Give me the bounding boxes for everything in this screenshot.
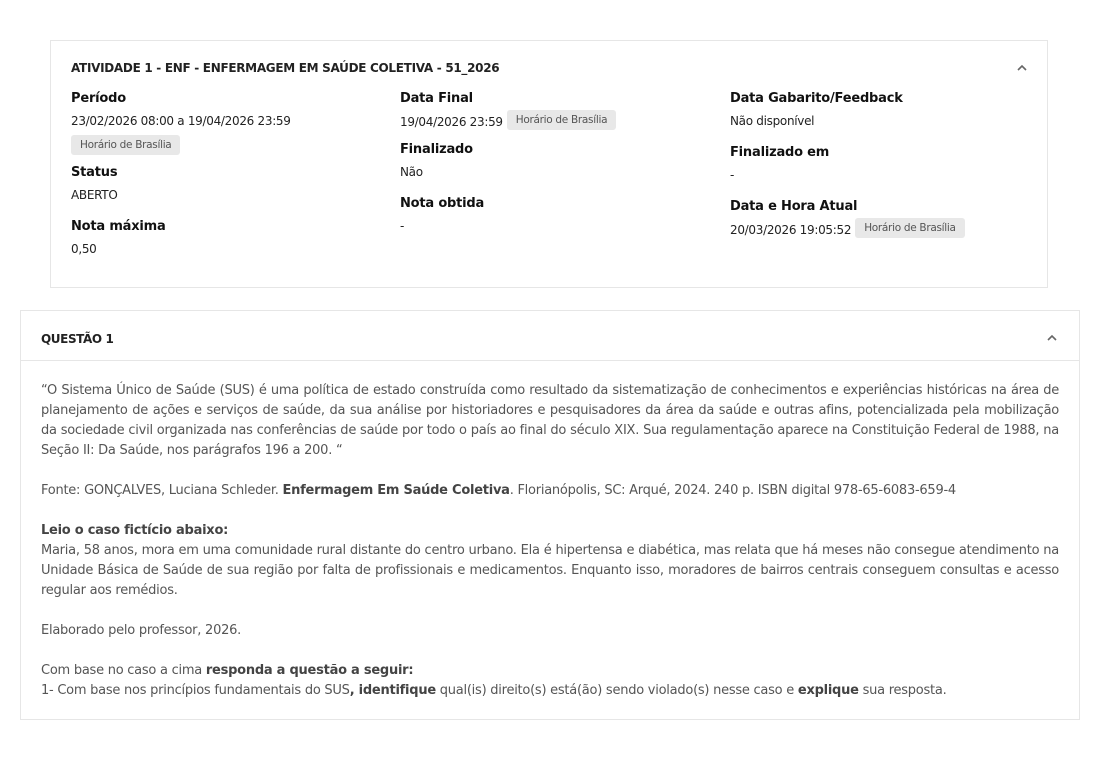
finalizado-label: Finalizado	[400, 142, 720, 158]
chevron-up-icon[interactable]	[1045, 333, 1059, 343]
question-body: “O Sistema Único de Saúde (SUS) é uma po…	[21, 361, 1079, 701]
status-label: Status	[71, 165, 391, 181]
question-card: QUESTÃO 1 “O Sistema Único de Saúde (SUS…	[20, 310, 1080, 720]
timezone-badge: Horário de Brasília	[855, 218, 964, 238]
info-column-2: Data Final 19/04/2026 23:59 Horário de B…	[400, 91, 720, 248]
field-data-gabarito: Data Gabarito/Feedback Não disponível	[730, 91, 1050, 129]
periodo-label: Período	[71, 91, 391, 107]
data-final-value: 19/04/2026 23:59	[400, 114, 503, 130]
data-gabarito-value: Não disponível	[730, 113, 814, 129]
field-periodo: Período 23/02/2026 08:00 a 19/04/2026 23…	[71, 91, 391, 155]
case-text: Maria, 58 anos, mora em uma comunidade r…	[41, 541, 1059, 601]
data-hora-atual-value: 20/03/2026 19:05:52	[730, 222, 851, 238]
question-item: 1- Com base nos princípios fundamentais …	[41, 681, 1059, 701]
field-data-hora-atual: Data e Hora Atual 20/03/2026 19:05:52 Ho…	[730, 199, 1050, 238]
data-gabarito-label: Data Gabarito/Feedback	[730, 91, 1050, 107]
question-title: QUESTÃO 1	[41, 332, 113, 346]
timezone-badge: Horário de Brasília	[71, 135, 180, 155]
question-quote: “O Sistema Único de Saúde (SUS) é uma po…	[41, 381, 1059, 461]
info-column-1: Período 23/02/2026 08:00 a 19/04/2026 23…	[71, 91, 391, 271]
question-source: Fonte: GONÇALVES, Luciana Schleder. Enfe…	[41, 481, 1059, 501]
activity-title: ATIVIDADE 1 - ENF - ENFERMAGEM EM SAÚDE …	[71, 61, 499, 75]
question-prompt: Com base no caso a cima responda a quest…	[41, 661, 1059, 681]
source-title: Enfermagem Em Saúde Coletiva	[283, 483, 510, 498]
data-hora-atual-label: Data e Hora Atual	[730, 199, 1050, 215]
nota-obtida-value: -	[400, 218, 404, 234]
nota-obtida-label: Nota obtida	[400, 196, 720, 212]
periodo-value: 23/02/2026 08:00 a 19/04/2026 23:59	[71, 113, 291, 129]
question-header[interactable]: QUESTÃO 1	[21, 311, 1079, 361]
case-credit: Elaborado pelo professor, 2026.	[41, 621, 1059, 641]
field-nota-obtida: Nota obtida -	[400, 196, 720, 234]
finalizado-em-value: -	[730, 167, 734, 183]
field-status: Status ABERTO	[71, 165, 391, 203]
finalizado-value: Não	[400, 164, 423, 180]
case-heading: Leio o caso fictício abaixo:	[41, 523, 228, 538]
data-final-label: Data Final	[400, 91, 720, 107]
nota-maxima-value: 0,50	[71, 241, 97, 257]
field-finalizado: Finalizado Não	[400, 142, 720, 180]
finalizado-em-label: Finalizado em	[730, 145, 1050, 161]
info-column-3: Data Gabarito/Feedback Não disponível Fi…	[730, 91, 1050, 252]
nota-maxima-label: Nota máxima	[71, 219, 391, 235]
field-finalizado-em: Finalizado em -	[730, 145, 1050, 183]
activity-info-card: ATIVIDADE 1 - ENF - ENFERMAGEM EM SAÚDE …	[50, 40, 1048, 288]
status-value: ABERTO	[71, 187, 117, 203]
field-nota-maxima: Nota máxima 0,50	[71, 219, 391, 257]
timezone-badge: Horário de Brasília	[507, 110, 616, 130]
chevron-up-icon[interactable]	[1015, 63, 1029, 73]
field-data-final: Data Final 19/04/2026 23:59 Horário de B…	[400, 91, 720, 130]
